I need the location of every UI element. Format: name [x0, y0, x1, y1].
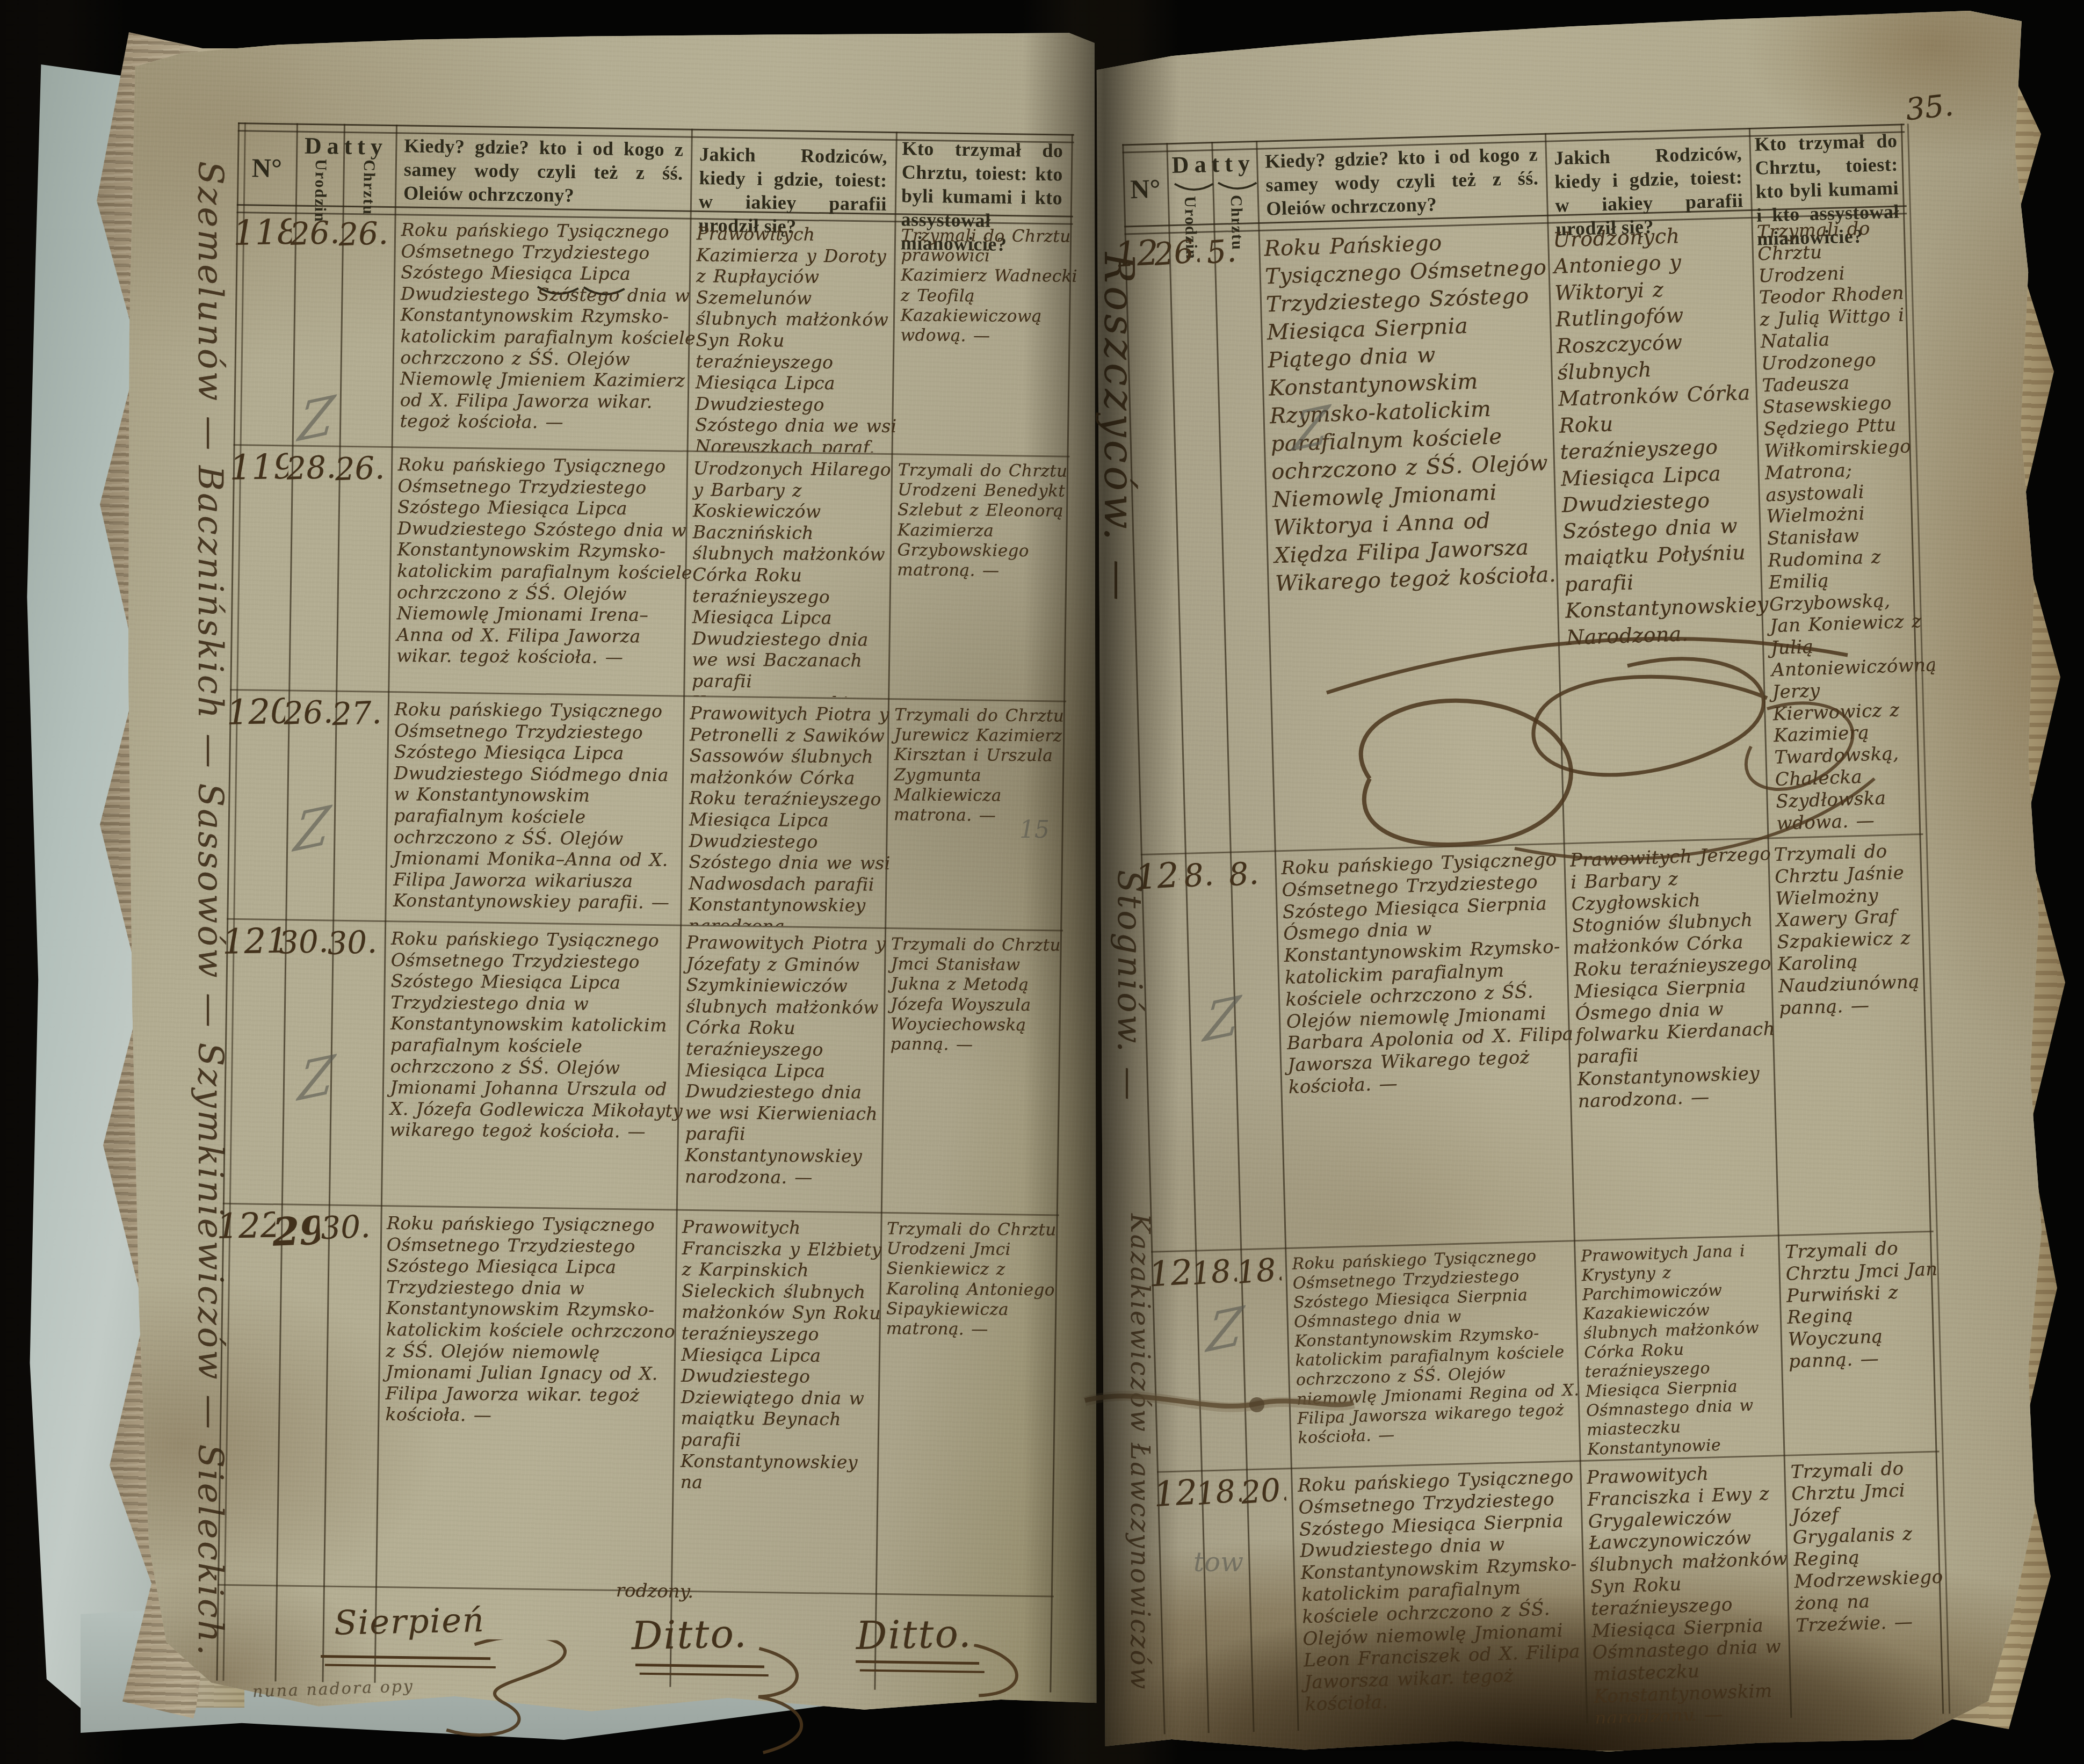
- baptism-text: Roku pańskiego Tysiącznego Ośmsetnego Tr…: [392, 213, 704, 449]
- parents-text: Prawowitych Franciszka i Ewy z Grygalewi…: [1579, 1454, 1806, 1724]
- parents-text: Prawowitych Franciszka y Elżbiety z Karp…: [672, 1210, 894, 1593]
- ditto-flourish: [849, 1642, 1054, 1731]
- pencil-check-value: Z: [292, 794, 334, 865]
- birth-date-value: 26.: [283, 693, 334, 731]
- baptism-text-value: Roku pańskiego Tysiącznego Ośmsetnego Tr…: [390, 928, 683, 1142]
- baptism-date-value: 26.: [338, 215, 389, 253]
- pencil-side-number-value: 15: [1019, 816, 1050, 844]
- page-number-value: 35.: [1904, 88, 1955, 128]
- baptism-date: 26.: [333, 445, 394, 692]
- parents-text-value: Prawowitych Franciszka i Ewy z Grygalewi…: [1586, 1463, 1788, 1724]
- entry-number-value: 118.: [233, 212, 296, 253]
- baptism-date-value: 27.: [331, 694, 382, 732]
- baptism-text-value: Roku pańskiego Tysiącznego Ośmsetnego Tr…: [393, 699, 669, 913]
- parents-text-value: Prawowitych Franciszka y Elżbiety z Karp…: [681, 1216, 882, 1492]
- pencil-check-value: Z: [1205, 1295, 1247, 1365]
- sponsors-text: Trzymali do Chrztu Urodzeni Benedykt Szl…: [889, 454, 1083, 700]
- baptism-date-value: 30.: [327, 924, 378, 962]
- sponsors-text: Trzymali do Chrztu Jmci Stanisław Jukna …: [882, 928, 1076, 1214]
- baptism-text-value: Roku pańskiego Tysiącznego Ośmsetnego Tr…: [386, 1213, 676, 1426]
- birth-date-value: 18.: [1195, 1472, 1247, 1512]
- carryover-word: rodzony.: [616, 1580, 694, 1602]
- baptism-text: Roku pańskiego Tysiącznego Ośmsetnego Tr…: [377, 1206, 690, 1589]
- entry-number: 120.: [226, 689, 290, 919]
- entry-row-121: 121. 30. 30. Roku pańskiego Tysiącznego …: [223, 918, 1063, 1215]
- parents-text: Prawowitych Jerzego i Barbary z Czygłows…: [1562, 836, 1794, 1240]
- baptism-text: Roku pańskiego Tysiącznego Ośmsetnego Tr…: [386, 692, 698, 924]
- entry-row-120: 120. 26. 27. Roku pańskiego Tysiącznego …: [227, 689, 1066, 930]
- header-chrztu: Chrztu: [359, 159, 378, 215]
- sponsors-text-value: Trzymali do Chrztu Urodzeni Jmci Sienkie…: [886, 1219, 1057, 1339]
- sponsors-text: Trzymali do Chrztu Jmci Józef Grygalanis…: [1783, 1450, 1962, 1718]
- sponsors-text-value: Trzymali do Chrztu Jmci Stanisław Jukna …: [891, 934, 1061, 1054]
- parents-text-value: Urodzonych Antoniego y Wiktoryi z Rutlin…: [1553, 224, 1769, 649]
- pencil-check-value: Z: [1291, 394, 1333, 464]
- ditto-flourish: [628, 1643, 856, 1764]
- header-no: N°: [242, 152, 291, 184]
- baptism-text: Roku pańskiego Tysiącznego Ośmsetnego Tr…: [382, 921, 694, 1208]
- entry-number-value: 120.: [226, 692, 290, 733]
- parents-text-value: Prawowitych Piotra y Petronelli z Sawikó…: [689, 702, 891, 927]
- right-table: N° Datty Urodzin Chrztu Kiedy? gdzie? kt…: [1122, 124, 1946, 1734]
- header-chrztu-label: Chrztu: [360, 159, 378, 215]
- birth-date-value: 26.: [1153, 233, 1205, 273]
- birth-date-value: 26.: [290, 214, 341, 252]
- parents-text: Prawowitych Jana i Krystyny z Parchimowi…: [1573, 1233, 1799, 1461]
- sponsors-text: Trzymali do Chrztu Jaśnie Wielmożny Xawe…: [1766, 832, 1950, 1235]
- sponsors-text-value: Trzymali do Chrztu Urodzeni Benedykt Szl…: [897, 460, 1067, 580]
- month-label: Sierpień: [334, 1600, 485, 1643]
- entry-row-118: 118. 26. 26. Roku pańskiego Tysiącznego …: [234, 209, 1073, 456]
- pencil-check-value: Z: [1202, 984, 1243, 1055]
- pencil-check-mark: Z: [1202, 984, 1243, 1055]
- birth-date-value: 18.: [1190, 1252, 1242, 1292]
- baptism-text-value: Roku pańskiego Tysiącznego Ośmsetnego Tr…: [1298, 1466, 1581, 1716]
- baptism-date-value: 26.: [334, 449, 385, 488]
- sponsors-text-value: Trzymali do Chrztu prawowici Kazimierz W…: [900, 226, 1077, 345]
- pencil-check-value: Z: [296, 384, 338, 454]
- header-kiedy: Kiedy? gdzie? kto i od kogo z samey wody…: [1256, 137, 1548, 221]
- baptism-date-value: 18.: [1235, 1251, 1287, 1291]
- pencil-check-value: Z: [296, 1043, 338, 1114]
- birth-date-value: 28.: [286, 448, 337, 487]
- parents-text: Urodzonych Hilarego y Barbary z Koskiewi…: [684, 451, 906, 698]
- entry-number-value: 119.: [229, 447, 293, 488]
- header-no-label: N°: [1130, 173, 1161, 204]
- pencil-check-mark: Z: [296, 1043, 338, 1114]
- parents-text: Prawowitych Piotra y Józefaty z Gminów S…: [677, 925, 899, 1211]
- entry-row-119: 119. 28. 26. Roku pańskiego Tysiącznego …: [230, 444, 1069, 701]
- entry-number-value: 121.: [222, 921, 286, 962]
- baptism-text-value: Roku pańskiego Tysiącznego Ośmsetnego Tr…: [400, 219, 696, 432]
- entry-number: 122.: [216, 1202, 283, 1585]
- datty-brace: [1173, 178, 1259, 194]
- sponsors-text: Trzymali do Chrztu Jmci Jan Purwiński z …: [1777, 1230, 1955, 1455]
- baptism-date-value: 30.: [320, 1208, 371, 1246]
- pencil-note-tow: tow: [1193, 1547, 1243, 1578]
- header-kiedy: Kiedy? gdzie? kto i od kogo z samey wody…: [395, 129, 692, 209]
- pencil-side-number: 15: [1019, 816, 1050, 844]
- carryover-value: rodzony.: [616, 1580, 694, 1602]
- sponsors-text-value: Trzymali do Chrztu Jurewicz Kazimierz Ki…: [894, 705, 1064, 825]
- month-label-value: Sierpień: [334, 1600, 485, 1643]
- header-kiedy-label: Kiedy? gdzie? kto i od kogo z samey wody…: [1265, 143, 1539, 219]
- baptism-text-value: Roku pańskiego Tysiącznego Ośmsetnego Tr…: [396, 454, 692, 667]
- binding-thread: [1080, 1364, 1364, 1444]
- parish-register-scan: Szemelunów — Bacznińskich — Sassowów — S…: [0, 0, 2084, 1764]
- entry-number: 118.: [233, 209, 296, 445]
- header-datty-label: Datty: [1171, 150, 1255, 178]
- pencil-check-mark: Z: [296, 384, 338, 454]
- sponsors-text: Trzymali do Chrztu prawowici Kazimierz W…: [892, 219, 1086, 455]
- pencil-check-mark: Z: [1205, 1295, 1247, 1365]
- page-number: 35.: [1904, 88, 1955, 128]
- pencil-check-mark: Z: [1291, 394, 1333, 464]
- birth-date-value: 8.: [1182, 856, 1215, 895]
- sponsors-text-value: Trzymali do Chrztu Jmci Jan Purwiński z …: [1785, 1238, 1938, 1373]
- sponsors-text: Trzymali do Chrztu Jurewicz Kazimierz Ki…: [886, 699, 1080, 929]
- left-table: N° Datty Urodzin Chrztu Kiedy? gdzie? kt…: [216, 122, 1074, 1692]
- sponsors-text: Trzymali do Chrztu Urodzeni Jmci Sienkie…: [877, 1213, 1072, 1595]
- header-no-label: N°: [251, 153, 282, 183]
- baptism-text: Roku pańskiego Tysiącznego Ośmsetnego Tr…: [1273, 841, 1590, 1248]
- parents-text: Prawowitych Piotra y Petronelli z Sawikó…: [681, 696, 902, 927]
- baptism-date-value: 8.: [1227, 854, 1260, 893]
- baptism-text: Roku pańskiego Tysiącznego Ośmsetnego Tr…: [389, 447, 701, 694]
- pencil-note-tow-value: tow: [1193, 1547, 1243, 1578]
- birth-date-value: 30.: [278, 923, 329, 961]
- baptism-text: Roku pańskiego Tysiącznego Ośmsetnego Tr…: [1290, 1458, 1602, 1731]
- header-no: N°: [1123, 172, 1168, 205]
- entry-number: 119.: [229, 444, 293, 690]
- baptism-date: 27.: [330, 690, 390, 921]
- baptism-date-value: 5.: [1205, 232, 1238, 271]
- sponsors-text-value: Trzymali do Chrztu Jmci Józef Grygalanis…: [1790, 1458, 1943, 1636]
- pencil-check-mark: Z: [292, 794, 334, 865]
- header-kiedy-label: Kiedy? gdzie? kto i od kogo z samey wody…: [403, 135, 684, 206]
- parents-text: Prawowitych Kazimierza y Doroty z Rupłay…: [688, 216, 909, 453]
- entry-row-126: 126. 18. 20. Roku pańskiego Tysiącznego …: [1157, 1451, 1946, 1734]
- baptism-date: 26.: [336, 210, 397, 447]
- header-datty: Datty: [1168, 149, 1260, 179]
- header-datty: Datty: [298, 132, 395, 161]
- parents-text-value: Prawowitych Jana i Krystyny z Parchimowi…: [1581, 1242, 1760, 1461]
- parents-text-value: Prawowitych Piotra y Józefaty z Gminów S…: [685, 932, 886, 1187]
- parents-text-value: Urodzonych Hilarego y Barbary z Koskiewi…: [691, 458, 891, 698]
- baptism-date-value: 20.: [1240, 1471, 1292, 1511]
- signature-flourish: [1284, 612, 1928, 891]
- header-datty-label: Datty: [305, 133, 388, 160]
- entry-row-122: 122. 29 30. Roku pańskiego Tysiącznego O…: [218, 1203, 1059, 1596]
- footer-row: Sierpień rodzony. Ditto. Ditto.: [216, 1584, 1053, 1693]
- entry-number: 121.: [222, 918, 286, 1204]
- parents-text-value: Prawowitych Kazimierza y Doroty z Rupłay…: [694, 223, 896, 453]
- entry-row-124: 124. 8. 8. Roku pańskiego Tysiącznego Oś…: [1141, 833, 1934, 1251]
